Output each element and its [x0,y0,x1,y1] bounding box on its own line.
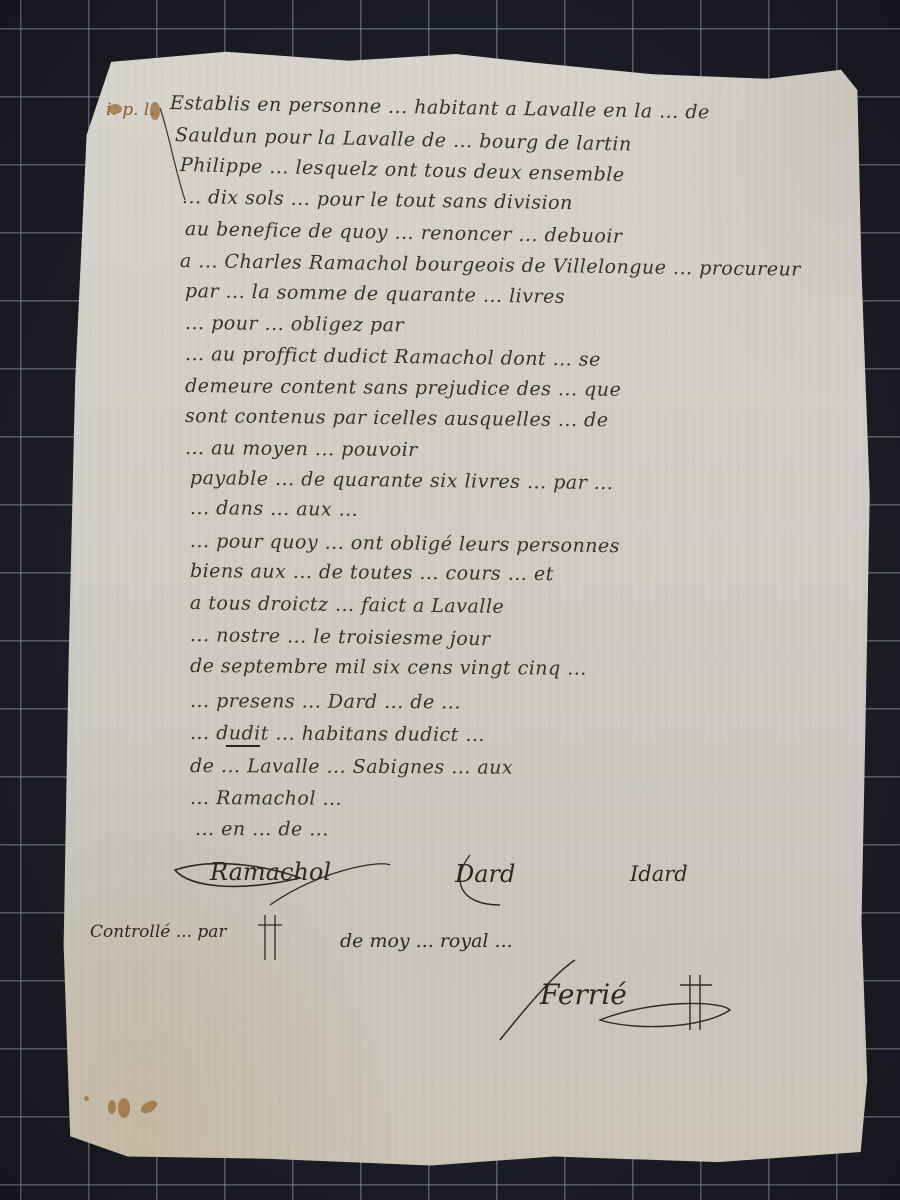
signature-flourishes [0,0,900,1200]
